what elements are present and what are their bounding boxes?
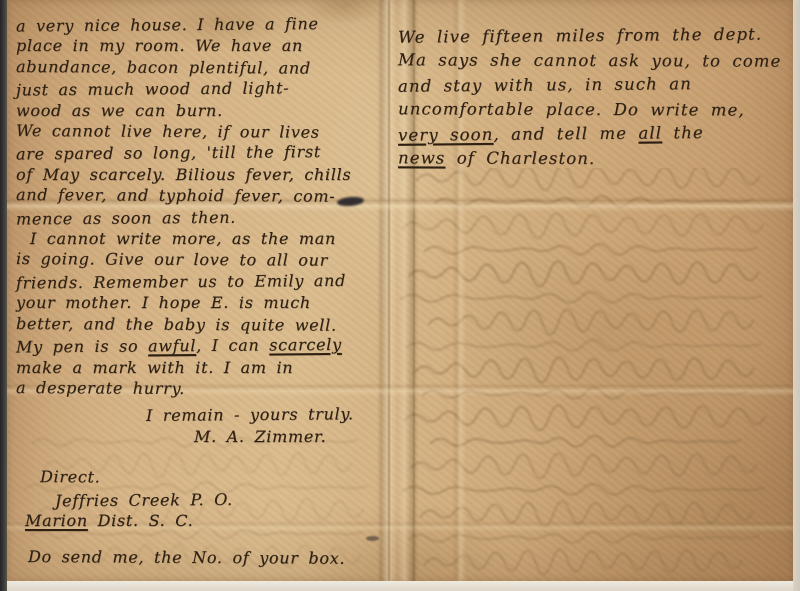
letter-text-segment: scarcely [269,335,342,355]
letter-line: a very nice house. I have a fine [16,13,388,37]
letter-text-segment: awful [148,336,196,355]
letter-text-segment: Do send me, the No. of your box. [28,547,345,568]
letter-text-segment: mence as soon as then. [16,207,236,228]
fold-edge-line [388,0,390,581]
letter-line: and fever, and typhoid fever, com- [16,184,388,207]
letter-scan: a very nice house. I have a fine place i… [0,0,800,591]
letter-text-segment: very soon [398,125,494,145]
letter-line: and stay with us, in such an [398,71,794,99]
letter-line: are spared so long, 'till the first [16,141,388,165]
letter-text-segment: a desperate hurry. [16,378,185,398]
letter-line: your mother. I hope E. is much [16,292,388,313]
letter-line: We cannot live here, if our lives [16,120,388,143]
letter-line: just as much wood and light- [16,77,388,101]
letter-text-segment: all [638,124,662,143]
scan-edge-left [0,0,7,591]
letter-text-segment: are spared so long, 'till the first [16,143,321,164]
page-right: We live fifteen miles from the dept. Ma … [398,24,794,172]
letter-text-segment: Direct. [40,467,101,486]
letter-text-segment: wood as we can burn. [16,101,223,120]
letter-line: I cannot write more, as the man [30,228,388,249]
letter-text-segment: and fever, and typhoid fever, com- [16,185,335,206]
letter-line: news of Charleston. [398,146,794,172]
letter-text-segment: Dist. S. C. [88,511,194,530]
letter-line: We live fifteen miles from the dept. [398,22,794,50]
letter-text-segment: , and tell me [493,124,638,144]
letter-text-segment: Ma says she cannot ask you, to come [398,50,781,70]
letter-text-segment: of May scarcely. Bilious fever, chills [16,165,351,184]
letter-text-segment: better, and the baby is quite well. [16,314,337,335]
letter-text-segment: , I can [196,336,269,356]
letter-text-segment: We cannot live here, if our lives [16,121,320,142]
letter-line: friends. Remember us to Emily and [16,269,388,293]
letter-line: mence as soon as then. [16,205,388,229]
address-line: Direct. [40,466,388,489]
letter-line: uncomfortable place. Do write me, [398,97,794,123]
postscript-line: Do send me, the No. of your box. [28,546,388,569]
letter-text-segment: We live fifteen miles from the dept. [398,25,762,47]
letter-line: abundance, bacon plentiful, and [16,56,388,79]
letter-text-segment: I cannot write more, as the man [30,229,336,248]
letter-text-segment: Marion [25,511,88,530]
closing-line: I remain - yours truly. [146,403,388,426]
letter-text-segment: news [398,148,445,167]
letter-text-segment: I remain - yours truly. [146,405,354,426]
letter-text-segment: your mother. I hope E. is much [16,293,311,312]
signature: M. A. Zimmer. [194,426,388,447]
letter-line: very soon, and tell me all the [398,121,794,149]
letter-text-segment: abundance, bacon plentiful, and [16,57,311,78]
letter-line: make a mark with it. I am in [16,357,388,378]
letter-text-segment: a very nice house. I have a fine [16,14,319,35]
letter-text-segment: My pen is so [16,337,148,357]
letter-line: Ma says she cannot ask you, to come [398,48,794,74]
letter-line: place in my room. We have an [16,35,388,56]
letter-text-segment: place in my room. We have an [16,36,303,55]
letter-line: My pen is so awful, I can scarcely [16,334,388,358]
letter-text-segment: and stay with us, in such an [398,74,692,96]
scan-edge-bottom [7,581,793,591]
letter-text-segment: of Charleston. [445,148,595,168]
letter-line: of May scarcely. Bilious fever, chills [16,164,388,185]
letter-text-segment: is going. Give our love to all our [16,249,328,270]
address-line: Jeffries Creek P. O. [55,487,388,511]
letter-text-segment: friends. Remember us to Emily and [16,271,346,293]
scan-edge-right [793,0,800,591]
address-line: Marion Dist. S. C. [25,510,388,531]
letter-text-segment: make a mark with it. I am in [16,358,293,377]
letter-text-segment: just as much wood and light- [16,79,289,100]
letter-line: wood as we can burn. [16,100,388,121]
letter-line: is going. Give our love to all our [16,248,388,271]
letter-line: better, and the baby is quite well. [16,313,388,336]
letter-text-segment: uncomfortable place. Do write me, [398,99,745,119]
page-left: a very nice house. I have a fine place i… [16,14,388,569]
letter-line: a desperate hurry. [16,377,388,400]
ink-blot [366,536,379,541]
letter-text-segment: the [662,123,704,142]
letter-text-segment: Jeffries Creek P. O. [55,489,233,509]
letter-text-segment: M. A. Zimmer. [194,427,326,446]
